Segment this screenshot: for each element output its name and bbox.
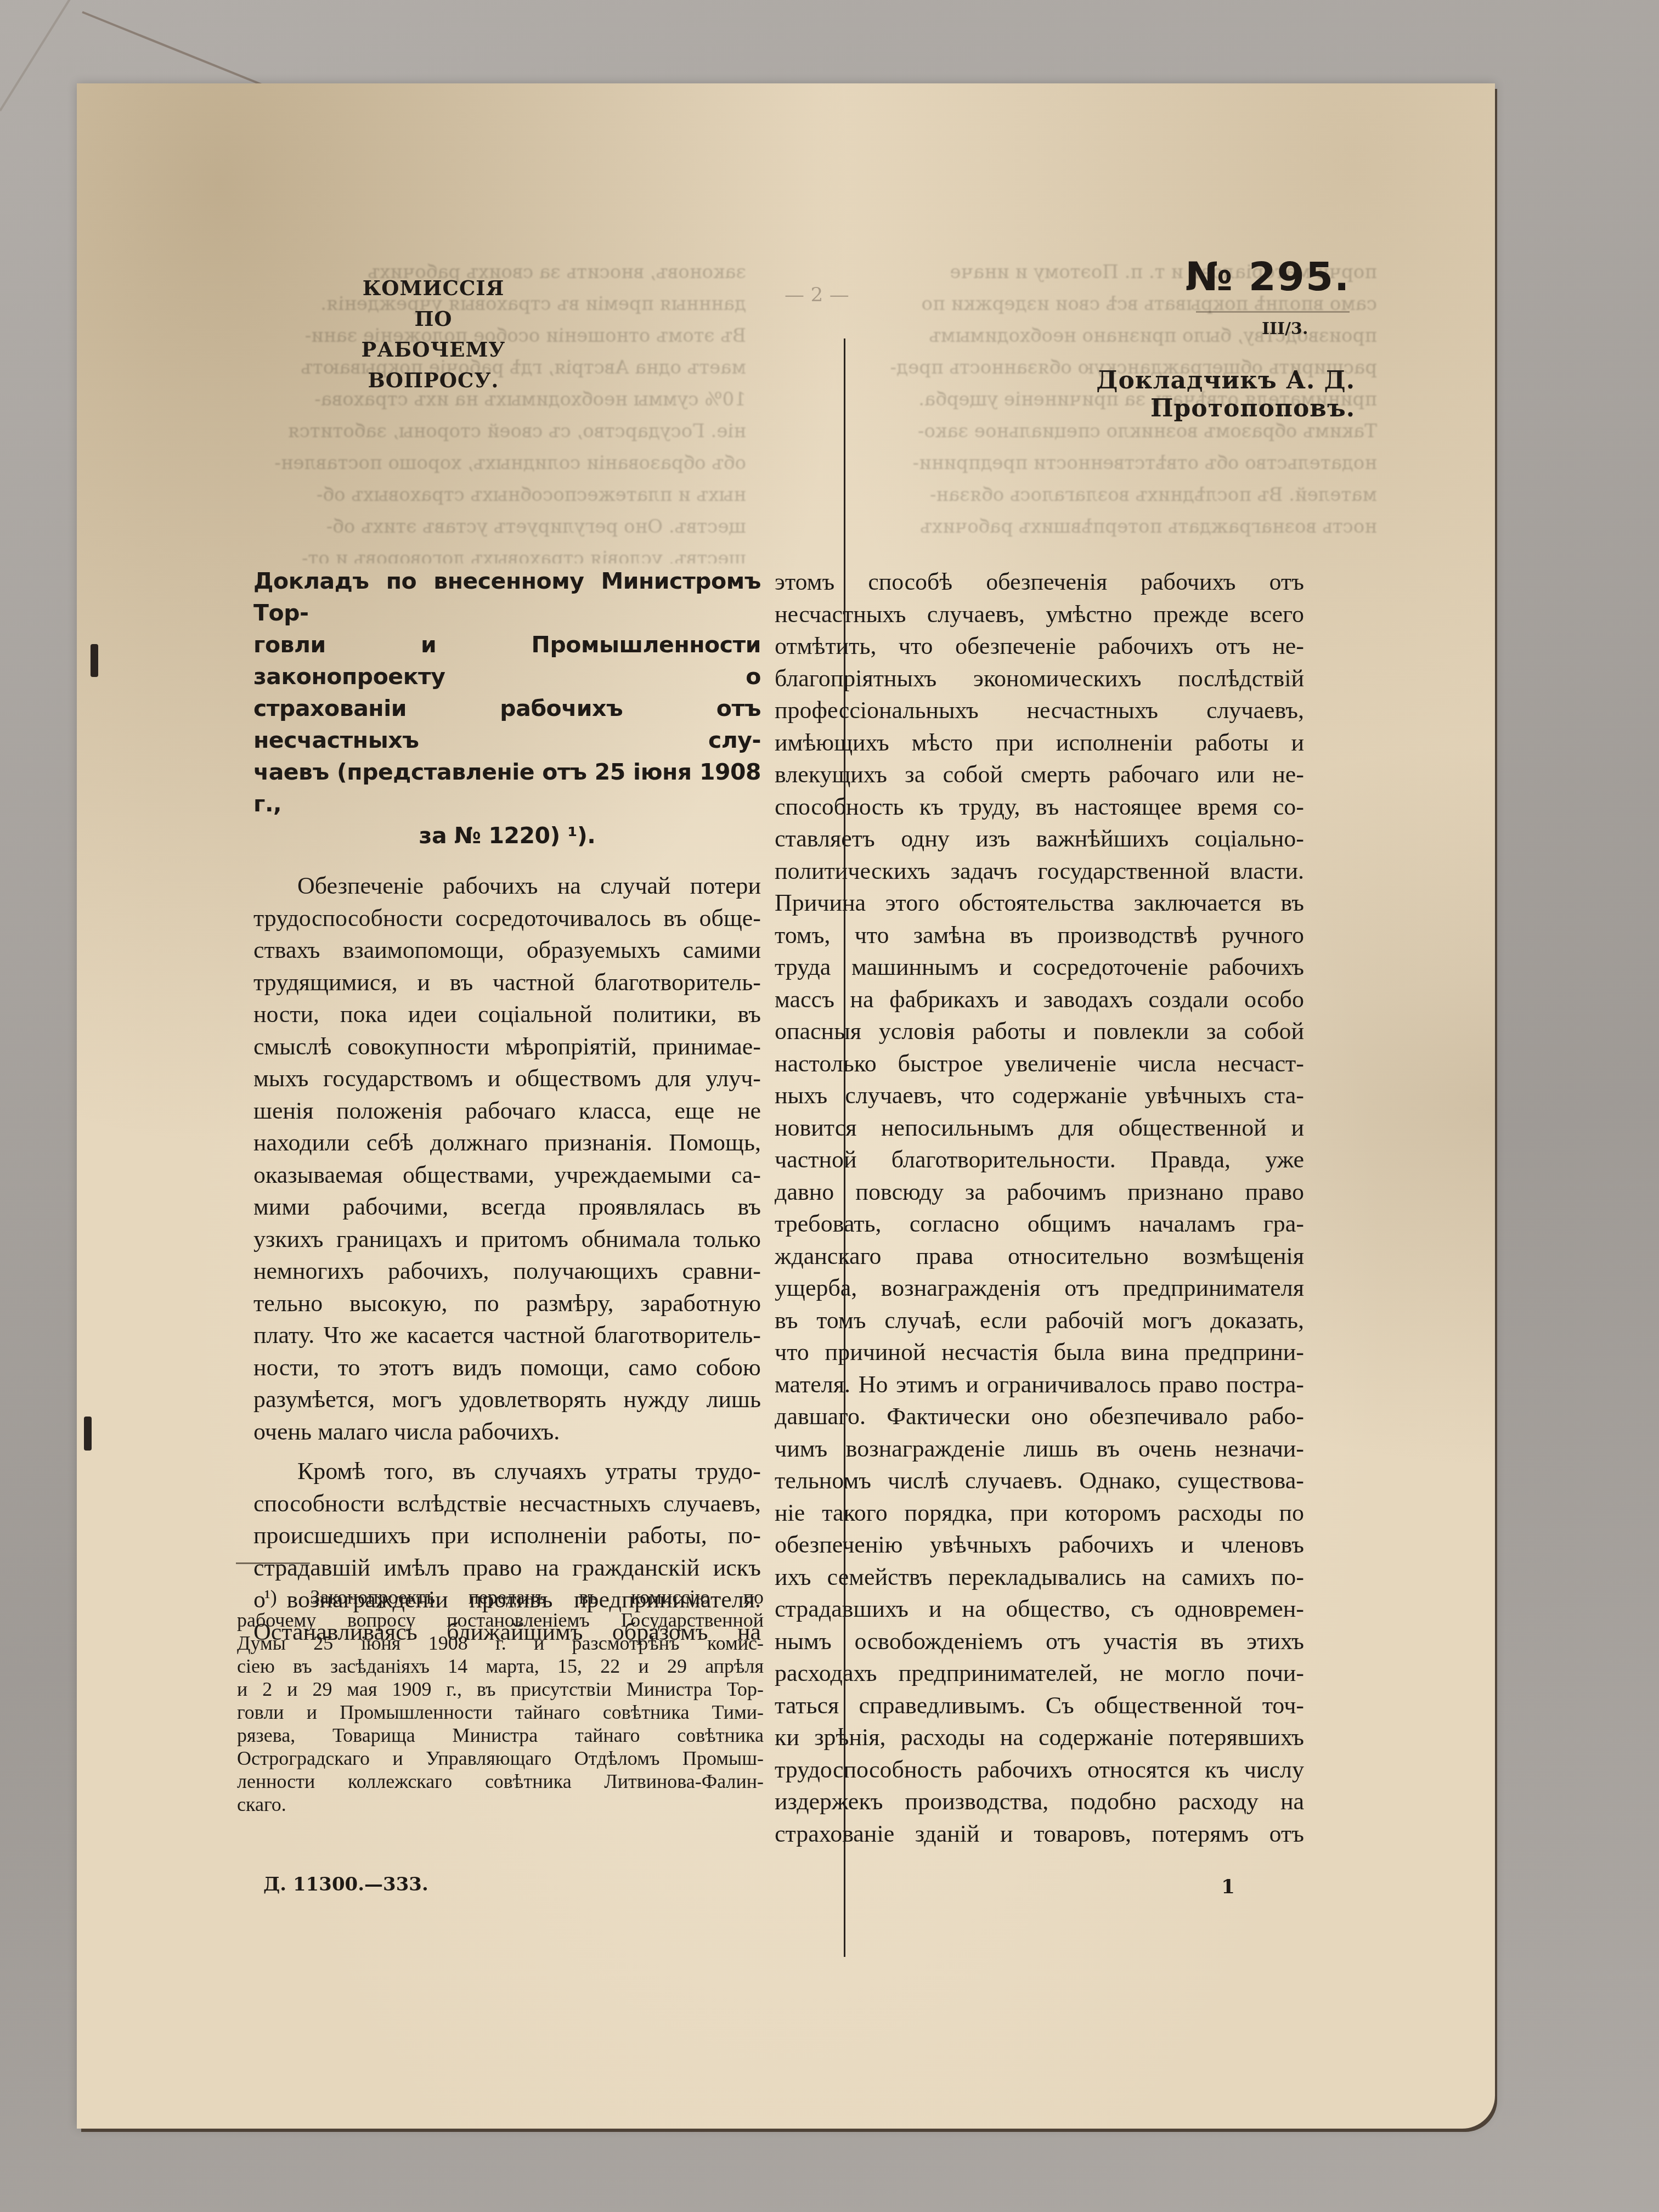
text-line: опасныя условія работы и повлекли за соб… [775, 1015, 1304, 1048]
text-line: ихъ семействъ перекладывались на самихъ … [775, 1561, 1304, 1594]
document-number: № 295. [1185, 253, 1350, 300]
title-line: за № 1220) ¹). [253, 820, 761, 851]
text-line: настолько быстрое увеличеніе числа несча… [775, 1048, 1304, 1080]
title-line: чаевъ (представленіе отъ 25 іюня 1908 г.… [253, 756, 761, 820]
text-line: тельномъ числѣ случаевъ. Однако, существ… [775, 1465, 1304, 1497]
text-line: этомъ способѣ обезпеченія рабочихъ отъ [775, 566, 1304, 599]
text-line: страдавшихъ и на общество, съ одновремен… [775, 1593, 1304, 1626]
rapporteur-line: Докладчикъ А. Д. Протопоповъ. [900, 366, 1355, 422]
commission-line: ПО РАБОЧЕМУ [351, 303, 516, 365]
text-line: профессіональныхъ несчастныхъ случаевъ, [775, 695, 1304, 727]
text-line: ущерба, вознагражденія отъ предпринимате… [775, 1272, 1304, 1305]
text-line: благопріятныхъ экономическихъ послѣдстві… [775, 663, 1304, 695]
footnote: ¹) Законопроектъ переданъ въ комиссію по… [237, 1585, 764, 1816]
commission-line: ВОПРОСУ. [351, 365, 516, 396]
text-line: что причиной несчастія была вина предпри… [775, 1336, 1304, 1369]
text-line: ствахъ взаимопомощи, образуемыхъ самими [253, 934, 761, 967]
text-line: ности, то этотъ видъ помощи, само собою [253, 1352, 761, 1384]
text-line: тельно высокую, по размѣру, заработную [253, 1288, 761, 1320]
staple-mark-top [91, 644, 98, 677]
text-line: ныхъ случаевъ, что содержаніе увѣчныхъ с… [775, 1080, 1304, 1112]
text-line: разумѣется, могъ удовлетворять нужду лиш… [253, 1384, 761, 1416]
text-line: способность къ труду, въ настоящее время… [775, 791, 1304, 823]
text-line: страдавшій имѣлъ право на гражданскій ис… [253, 1552, 761, 1584]
text-line: мими рабочими, всегда проявлялась въ [253, 1191, 761, 1223]
text-line: способности вслѣдствіе несчастныхъ случа… [253, 1488, 761, 1520]
title-line: говли и Промышленности законопроекту о [253, 629, 761, 692]
text-line: ніе такого порядка, при которомъ расходы… [775, 1497, 1304, 1530]
text-line: томъ, что замѣна въ производствѣ ручного [775, 919, 1304, 952]
text-line: политическихъ задачъ государственной вла… [775, 855, 1304, 888]
footnote-line: рязева, Товарища Министра тайнаго совѣтн… [237, 1724, 764, 1747]
document-number-rule [1196, 311, 1350, 313]
text-line: въ томъ случаѣ, если рабочій могъ доказа… [775, 1305, 1304, 1337]
text-line: происшедшихъ при исполненіи работы, по- [253, 1520, 761, 1552]
title-line: Докладъ по внесенному Министромъ Тор- [253, 565, 761, 629]
text-line: трудящимися, и въ частной благотворитель… [253, 967, 761, 999]
text-line: таться справедливымъ. Съ общественной то… [775, 1690, 1304, 1722]
text-line: влекущихъ за собой смерть рабочаго или н… [775, 759, 1304, 791]
footnote-line: рабочему вопросу постановленіемъ Государ… [237, 1609, 764, 1632]
footnote-line: скаго. [237, 1793, 764, 1816]
footnote-line: и 2 и 29 мая 1909 г., въ присутствіи Мин… [237, 1678, 764, 1701]
text-line: узкихъ границахъ и притомъ обнимала толь… [253, 1223, 761, 1256]
footnote-line: сіею въ засѣданіяхъ 14 марта, 15, 22 и 2… [237, 1655, 764, 1678]
text-line: трудоспособности сосредоточивалось въ об… [253, 902, 761, 935]
text-line: новится непосильнымъ для общественной и [775, 1112, 1304, 1144]
commission-header: КОМИССІЯ ПО РАБОЧЕМУ ВОПРОСУ. [351, 273, 516, 396]
text-line: Кромѣ того, въ случаяхъ утраты трудо- [253, 1455, 761, 1488]
text-line: Причина этого обстоятельства заключается… [775, 887, 1304, 919]
text-line: давно повсюду за рабочимъ признано право [775, 1176, 1304, 1209]
text-line: оказываемая обществами, учреждаемыми са- [253, 1159, 761, 1192]
left-column: Докладъ по внесенному Министромъ Тор- го… [253, 565, 761, 1648]
text-line: жданскаго права относительно возмѣщенія [775, 1240, 1304, 1273]
text-line: издержекъ производства, подобно расходу … [775, 1786, 1304, 1818]
text-line: нымъ освобожденіемъ отъ участія въ этихъ [775, 1626, 1304, 1658]
text-line: чимъ вознагражденіе лишь въ очень незнач… [775, 1433, 1304, 1465]
footnote-line: Остроградскаго и Управляющаго Отдѣломъ П… [237, 1747, 764, 1770]
ghost-page-marker: — 2 — [785, 284, 849, 306]
title-line: страхованіи рабочихъ отъ несчастныхъ слу… [253, 692, 761, 756]
page-number: 1 [1221, 1875, 1235, 1898]
surface-crack [0, 0, 76, 111]
text-line: труда машиннымъ и сосредоточеніе рабочих… [775, 951, 1304, 984]
footnote-line: говли и Промышленности тайнаго совѣтника… [237, 1701, 764, 1724]
printer-code: Д. 11300.—333. [263, 1874, 428, 1895]
paragraph-1: Обезпеченіе рабочихъ на случай потери тр… [253, 870, 761, 1448]
text-line: отмѣтить, что обезпеченіе рабочихъ отъ н… [775, 630, 1304, 663]
footnote-rule [236, 1562, 310, 1564]
staple-mark-bottom [84, 1417, 92, 1451]
text-line: массъ на фабрикахъ и заводахъ создали ос… [775, 984, 1304, 1016]
text-line: немногихъ рабочихъ, получающихъ сравни- [253, 1255, 761, 1288]
text-line: смыслѣ совокупности мѣропріятій, принима… [253, 1031, 761, 1063]
text-line: давшаго. Фактически оно обезпечивало раб… [775, 1401, 1304, 1433]
footnote-line: ¹) Законопроектъ переданъ въ комиссію по [237, 1585, 764, 1609]
commission-line: КОМИССІЯ [351, 273, 516, 303]
text-line: частной благотворительности. Правда, уже [775, 1144, 1304, 1176]
text-line: ставляетъ одну изъ важнѣйшихъ соціально- [775, 823, 1304, 855]
text-line: мателя. Но этимъ и ограничивалось право … [775, 1369, 1304, 1401]
text-line: ки зрѣнія, расходы на содержаніе потеряв… [775, 1722, 1304, 1754]
session-marker: III/3. [1262, 319, 1308, 338]
text-line: находили себѣ должнаго признанія. Помощь… [253, 1127, 761, 1159]
text-line: несчастныхъ случаевъ, умѣстно прежде все… [775, 599, 1304, 631]
text-line: расходахъ предпринимателей, не могло поч… [775, 1657, 1304, 1690]
text-line: трудоспособность рабочихъ относятся къ ч… [775, 1754, 1304, 1786]
report-title: Докладъ по внесенному Министромъ Тор- го… [253, 565, 761, 851]
text-line: страхованіе зданій и товаровъ, потерямъ … [775, 1818, 1304, 1850]
text-line: имѣющихъ мѣсто при исполненіи работы и [775, 727, 1304, 759]
text-line: требовать, согласно общимъ началамъ гра- [775, 1208, 1304, 1240]
footnote-line: ленности коллежскаго совѣтника Литвинова… [237, 1770, 764, 1793]
text-line: мыхъ государствомъ и обществомъ для улуч… [253, 1063, 761, 1095]
text-line: очень малаго числа рабочихъ. [253, 1416, 761, 1448]
text-line: ности, пока идеи соціальной политики, въ [253, 998, 761, 1031]
right-column: этомъ способѣ обезпеченія рабочихъ отъ н… [775, 566, 1304, 1850]
text-line: Обезпеченіе рабочихъ на случай потери [253, 870, 761, 902]
text-line: плату. Что же касается частной благотвор… [253, 1319, 761, 1352]
footnote-line: Думы 25 іюня 1908 г. и разсмотрѣнъ комис… [237, 1632, 764, 1655]
text-line: обезпеченію увѣчныхъ рабочихъ и членовъ [775, 1529, 1304, 1561]
text-line: шенія положенія рабочаго класса, еще не [253, 1095, 761, 1127]
